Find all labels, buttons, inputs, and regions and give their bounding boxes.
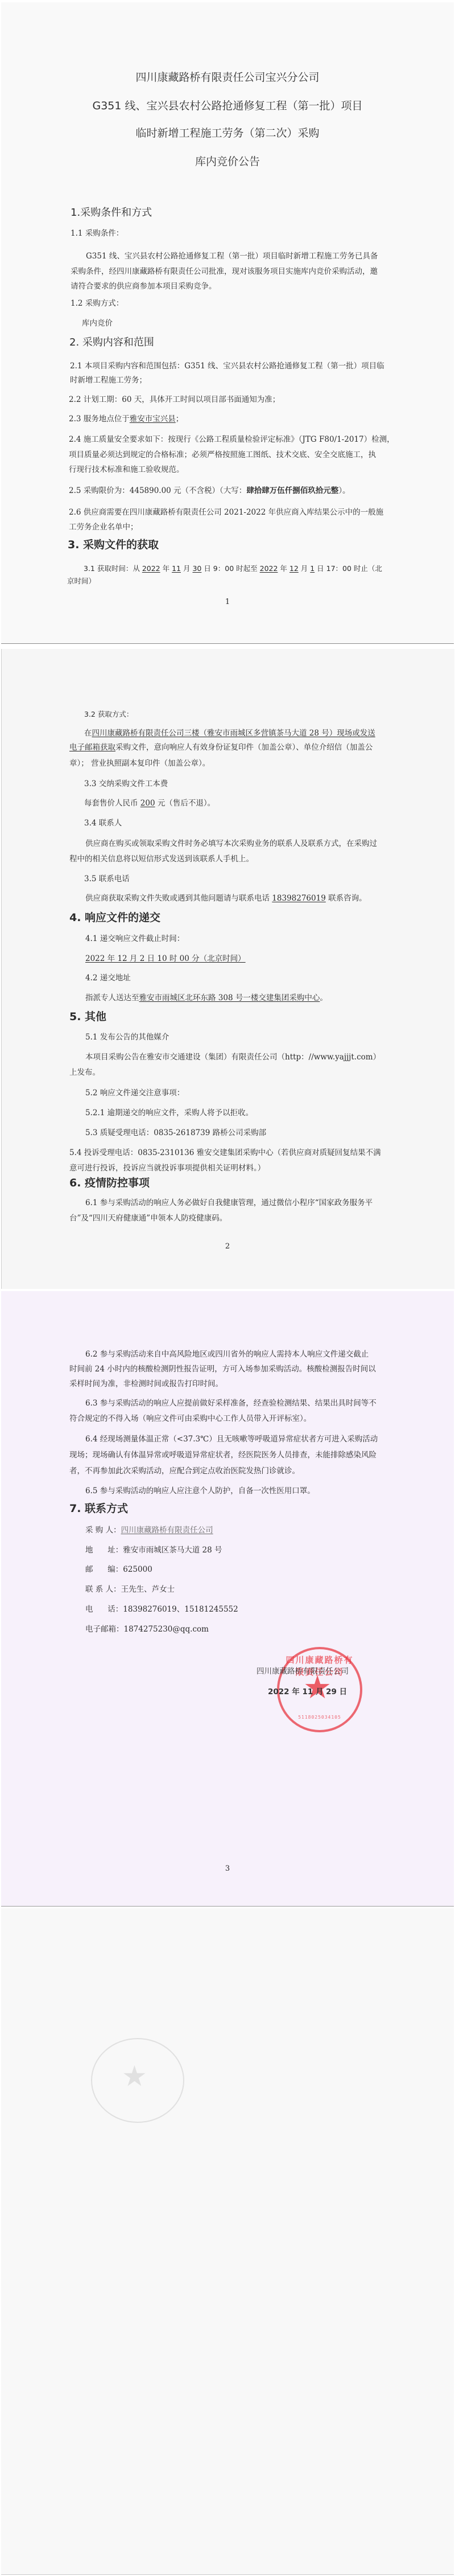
- s6-2-line-2: 时间前 24 小时内的核酸检测阴性报告证明，方可入场参加采购活动。核酸检测报告时…: [69, 1364, 376, 1374]
- text: 指派专人送达至: [85, 993, 139, 1003]
- s5-1-line-2: 上发布。: [69, 1067, 100, 1078]
- s3-4-line-2: 程中的相关信息将以短信形式发送到该联系人手机上。: [69, 854, 254, 864]
- s1-1-label: 1.1 采购条件：: [71, 228, 123, 239]
- title-line-1: 四川康藏路桥有限责任公司宝兴分公司: [0, 71, 455, 84]
- text: 采购文件，意向响应人有效身份证复印件（加盖公章）、单位介绍信（加盖公: [115, 743, 373, 752]
- s1-2-value: 库内竞价: [82, 318, 113, 328]
- s3-1-line-2: 京时间）: [67, 576, 96, 586]
- end-day: 1: [310, 564, 315, 573]
- text: 元（售后不退）。: [155, 799, 216, 808]
- s6-5: 6.5 参与采购活动的响应人应注意个人防护，自备一次性医用口罩。: [85, 1486, 315, 1496]
- s3-5-line: 供应商获取采购文件失败或遇到其他问题请与联系电话 18398276019 联系咨…: [85, 893, 367, 903]
- s5-1-label: 5.1 发布公告的其他媒介: [85, 1032, 169, 1042]
- section-2-heading: 2. 采购内容和范围: [69, 336, 154, 350]
- section-1-heading: 1.采购条件和方式: [71, 206, 152, 220]
- s5-4-line-2: 意可进行投诉，投诉应当就投诉事项提供相关证明材料。）: [69, 1163, 265, 1173]
- submission-address: 雅安市雨城区北环东路 308 号一楼交建集团采购中心: [139, 993, 320, 1003]
- section-4-heading: 4. 响应文件的递交: [69, 911, 160, 925]
- email-pickup: 电子邮箱获取: [69, 743, 115, 752]
- contact-label: 联 系 人：: [85, 1585, 121, 1594]
- s2-2: 2.2 计划工期：60 天，具体开工时间以项目部书面通知为准；: [69, 395, 280, 405]
- s3-2-line-2: 电子邮箱获取采购文件，意向响应人有效身份证复印件（加盖公章）、单位介绍信（加盖公: [69, 742, 373, 753]
- end-month: 12: [289, 564, 299, 573]
- s1-2-label: 1.2 采购方式：: [71, 298, 123, 309]
- s2-5-suffix: ）。: [338, 486, 350, 495]
- s2-5: 2.5 采购限价为：445890.00 元（不含税）（大写：肆拾肆万伍仟捌佰玖拾…: [69, 486, 350, 496]
- s6-2-line-3: 采样时间为准，非检测时间或报告打印时间。: [69, 1379, 223, 1389]
- s6-3-line-2: 符合规定的不得入场（响应文件可由采购中心工作人员带入开评标室）。: [69, 1414, 311, 1424]
- start-month: 11: [172, 564, 181, 573]
- contact-address: 地 址：雅安市雨城区茶马大道 28 号: [85, 1545, 222, 1555]
- contact-person: 联 系 人：王先生、芦女士: [85, 1584, 175, 1595]
- s6-4-line-1: 6.4 经现场测量体温正常（<37.3℃）且无咳嗽等呼吸道异常症状者方可进入采购…: [85, 1434, 378, 1444]
- signature-date: 2022 年 11 月 29 日: [268, 1685, 347, 1696]
- text: 年: [160, 564, 172, 573]
- text: 联系咨询。: [326, 894, 367, 903]
- contact-postcode: 邮 编：625000: [85, 1564, 152, 1575]
- s2-6-line-1: 2.6 供应商需要在四川康藏路桥有限责任公司 2021-2022 年供应商入库结…: [69, 507, 383, 517]
- page-number-2: 2: [0, 1242, 455, 1251]
- page-4-blank: [1, 1908, 454, 2575]
- submission-deadline: 2022 年 12 月 2 日 10 时 00 分（北京时间）: [85, 954, 246, 964]
- s2-3-suffix: ；: [176, 414, 184, 424]
- s1-1-line-3: 请符合要求的供应商参加本项目采购竞争。: [71, 281, 217, 291]
- s3-3-label: 3.3 交纳采购文件工本费: [84, 779, 168, 789]
- s5-2-1: 5.2.1 逾期递交的响应文件，采购人将予以拒收。: [85, 1108, 253, 1118]
- s3-1-line-1: 3.1 获取时间：从 2022 年 11 月 30 日 9：00 时起至 202…: [84, 564, 382, 574]
- document-fee: 200: [140, 799, 155, 808]
- contact-email: 电子邮箱：1874275230@qq.com: [85, 1624, 209, 1634]
- price-limit-uppercase: 肆拾肆万伍仟捌佰玖拾元整: [246, 486, 338, 495]
- buyer-name: 四川康藏路桥有限责任公司: [121, 1526, 213, 1535]
- s3-3-price: 每套售价人民币 200 元（售后不退）。: [84, 798, 215, 808]
- s6-1-line-1: 6.1 参与采购活动的响应人务必做好自我健康管理，通过微信小程序“国家政务服务平: [85, 1198, 373, 1208]
- text: 月: [299, 564, 310, 573]
- s3-2-line-3: 章）； 营业执照副本复印件（加盖公章）。: [69, 758, 210, 769]
- section-7-heading: 7. 联系方式: [69, 1502, 128, 1515]
- title-line-4: 库内竞价公告: [0, 155, 455, 169]
- end-year: 2022: [260, 564, 278, 573]
- s1-1-line-2: 采购条件，经四川康藏路桥有限责任公司批准，现对该服务项目实施库内竞价采购活动，邀: [71, 266, 378, 277]
- s3-2-label: 3.2 获取方式：: [84, 709, 133, 720]
- contact-label: 邮 编：: [85, 1565, 123, 1574]
- phone-value: 18398276019、15181245552: [123, 1605, 238, 1614]
- title-line-2: G351 线、宝兴县农村公路抢通修复工程（第一批）项目: [0, 99, 455, 113]
- contact-person-value: 王先生、芦女士: [121, 1585, 175, 1594]
- contact-label: 采 购 人：: [85, 1526, 121, 1535]
- star-icon: ★: [122, 2060, 147, 2093]
- s2-4-line-2: 项目质量必须达到规定的合格标准；必须严格按照施工图纸、技术交底、安全交底施工，执: [69, 450, 376, 460]
- text: 在: [84, 729, 92, 738]
- contact-label: 电子邮箱：: [85, 1625, 124, 1634]
- s5-1-line-1: 本项目采购公告在雅安市交通建设（集团）有限责任公司（http：//www.yaj…: [85, 1052, 380, 1062]
- s2-1-line-2: 时新增工程施工劳务；: [70, 375, 147, 385]
- section-3-heading: 3. 采购文件的获取: [68, 538, 159, 552]
- postcode-value: 625000: [123, 1565, 152, 1574]
- s1-1-line-1: G351 线、宝兴县农村公路抢通修复工程（第一批）项目临时新增工程施工劳务已具备: [86, 251, 378, 261]
- s6-2-line-1: 6.2 参与采购活动来自中高风险地区或四川省外的响应人需持本人响应文件递交截止: [85, 1349, 369, 1359]
- s2-4-line-1: 2.4 施工质量安全要求如下：按现行《公路工程质量检验评定标准》（JTG F80…: [69, 434, 395, 445]
- s2-1-line-1: 2.1 本项目采购内容和范围包括：G351 线、宝兴县农村公路抢通修复工程（第一…: [70, 361, 384, 371]
- text: 年: [278, 564, 289, 573]
- text: 供应商获取采购文件失败或遇到其他问题请与联系电话: [85, 894, 272, 903]
- s3-5-label: 3.5 联系电话: [84, 874, 130, 884]
- s4-1-label: 4.1 递交响应文件截止时间：: [85, 934, 184, 944]
- section-5-heading: 5. 其他: [69, 1010, 106, 1024]
- text: 月: [181, 564, 192, 573]
- s2-4-line-3: 行现行技术标准和施工验收规范。: [69, 465, 184, 475]
- start-year: 2022: [142, 564, 160, 573]
- s3-4-label: 3.4 联系人: [84, 818, 122, 828]
- text: 日 9：00 时起至: [201, 564, 259, 573]
- title-line-3: 临时新增工程施工劳务（第二次）采购: [0, 126, 455, 140]
- text: 日 17：00 时止（北: [315, 564, 382, 573]
- s5-4-line-1: 5.4 投诉受理电话：0835-2310136 雅安交建集团采购中心（若供应商对…: [69, 1148, 381, 1158]
- pickup-location: 四川康藏路桥有限责任公司三楼（雅安市雨城区多营镇茶马大道 28 号）现场或发送: [92, 729, 375, 738]
- price-limit: 2.5 采购限价为：445890.00 元（不含税）（大写：: [69, 486, 246, 495]
- s2-3: 2.3 服务地点位于雅安市宝兴县；: [69, 414, 183, 424]
- s6-3-line-1: 6.3 参与采购活动的响应人应提前做好采样准备，经查验检测结果、结果出具时间等不: [85, 1398, 377, 1408]
- address-value: 雅安市雨城区茶马大道 28 号: [123, 1546, 222, 1555]
- contact-label: 电 话：: [85, 1605, 123, 1614]
- service-location: 雅安市宝兴县: [130, 414, 176, 424]
- s5-2-label: 5.2 响应文件递交注意事项：: [85, 1088, 184, 1098]
- start-day: 30: [192, 564, 201, 573]
- s4-2-line: 指派专人送达至雅安市雨城区北环东路 308 号一楼交建集团采购中心。: [85, 993, 328, 1003]
- section-6-heading: 6. 疫情防控事项: [69, 1176, 150, 1190]
- s6-4-line-3: 者，不再参加此次采购活动，应配合到定点收治医院发热门诊就诊。: [69, 1466, 300, 1476]
- s3-2-line-1: 在四川康藏路桥有限责任公司三楼（雅安市雨城区多营镇茶马大道 28 号）现场或发送: [84, 728, 375, 738]
- page-number-3: 3: [0, 1864, 455, 1873]
- text: 每套售价人民币: [84, 799, 140, 808]
- signature-company: 四川康藏路桥有限责任公司: [257, 1665, 349, 1676]
- s6-1-line-2: 台”及“四川天府健康通”申领本人防疫健康码。: [69, 1213, 227, 1223]
- s2-3-prefix: 2.3 服务地点位于: [69, 414, 130, 424]
- contact-phone: 18398276019: [272, 894, 325, 903]
- s4-2-label: 4.2 递交地址: [85, 973, 131, 983]
- s6-4-line-2: 现场；现场确认有体温异常或呼吸道异常症状者，经医院医务人员排查，未能排除感染风险: [69, 1450, 377, 1460]
- contact-label: 地 址：: [85, 1546, 123, 1555]
- seal-code: 5118025034105: [291, 1715, 349, 1720]
- contact-buyer: 采 购 人：四川康藏路桥有限责任公司: [85, 1525, 213, 1535]
- s5-3: 5.3 质疑受理电话：0835-2618739 路桥公司采购部: [85, 1128, 266, 1138]
- contact-phone-row: 电 话：18398276019、15181245552: [85, 1604, 238, 1614]
- s2-6-line-2: 工劳务企业名单中；: [69, 522, 138, 532]
- email-value: 1874275230@qq.com: [124, 1625, 209, 1634]
- page-number-1: 1: [0, 598, 455, 606]
- show-through-seal: ★: [91, 2038, 184, 2123]
- s3-4-line-1: 供应商在购买或领取采购文件时务必填写本次采购业务的联系人及联系方式，在采购过: [85, 839, 377, 849]
- text: 。: [320, 993, 328, 1003]
- s3-1-prefix: 3.1 获取时间：从: [84, 564, 142, 573]
